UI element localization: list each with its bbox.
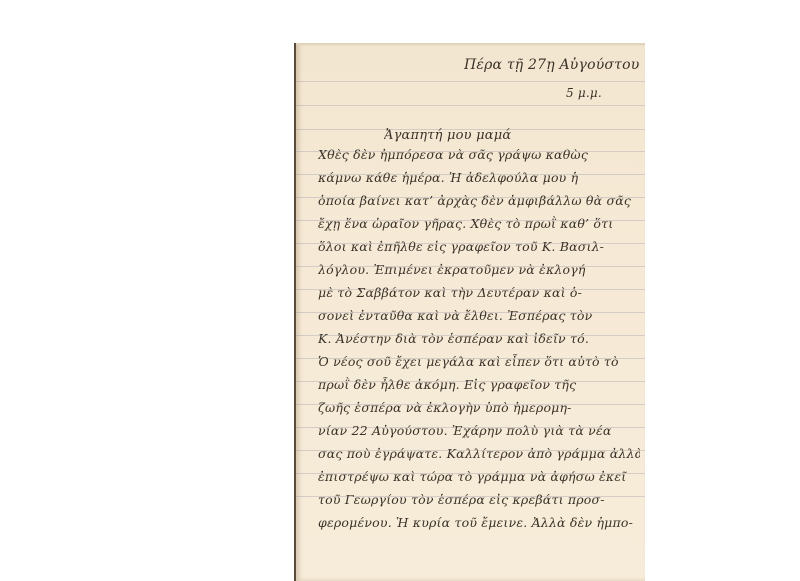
body-line: σονεὶ ἐνταῦθα καὶ νὰ ἔλθει. Ἐσπέρας τὸν: [318, 308, 640, 323]
body-line: ζωῆς ἑσπέρα νὰ ἐκλογὴν ὑπὸ ἡμερομη-: [318, 400, 640, 415]
body-line: Ὁ νέος σοῦ ἔχει μεγάλα καὶ εἶπεν ὅτι αὐτ…: [318, 354, 640, 369]
body-line: ἐπιστρέψω καὶ τώρα τὸ γράμμα νὰ ἀφήσω ἐκ…: [318, 469, 640, 484]
salutation: Ἀγαπητή μου μαμά: [384, 128, 511, 143]
ruled-line: [296, 81, 645, 82]
body-line: νίαν 22 Αὐγούστου. Ἐχάρην πολὺ γιὰ τὰ νέ…: [318, 423, 640, 438]
body-line: φερομένου. Ἡ κυρία τοῦ ἔμεινε. Ἀλλὰ δὲν …: [318, 515, 640, 530]
body-line: πρωῒ δὲν ἦλθε ἀκόμη. Εἰς γραφεῖον τῆς: [318, 377, 640, 392]
body-line: Χθὲς δὲν ἠμπόρεσα νὰ σᾶς γράψω καθὼς: [318, 147, 640, 162]
body-line: ὁποία βαίνει κατ’ ἀρχὰς δὲν ἀμφιβάλλω θὰ…: [318, 193, 640, 208]
body-line: μὲ τὸ Σαββάτον καὶ τὴν Δευτέραν καὶ ὁ-: [318, 285, 640, 300]
letter-page: Πέρα τῇ 27ῃ Αὐγούστου 5 μ.μ. Ἀγαπητή μου…: [294, 43, 645, 581]
body-line: τοῦ Γεωργίου τὸν ἑσπέρα εἰς κρεβάτι προσ…: [318, 492, 640, 507]
body-line: ἔχῃ ἕνα ὡραῖον γῆρας. Χθὲς τὸ πρωῒ καθ’ …: [318, 216, 640, 231]
ruled-line: [296, 105, 645, 106]
header-place-date: Πέρα τῇ 27ῃ Αὐγούστου: [464, 57, 639, 73]
paper-top-edge: [296, 43, 645, 45]
body-line: κάμνω κάθε ἡμέρα. Ἡ ἀδελφούλα μου ἡ: [318, 170, 640, 185]
body-line: σας ποὺ ἐγράψατε. Καλλίτερον ἀπὸ γράμμα …: [318, 446, 640, 461]
body-line: ὅλοι καὶ ἐπῆλθε εἰς γραφεῖον τοῦ Κ. Βασι…: [318, 239, 640, 254]
body-line: λόγλου. Ἐπιμένει ἐκρατοῦμεν νὰ ἐκλογή: [318, 262, 640, 277]
header-time: 5 μ.μ.: [566, 86, 602, 100]
body-line: Κ. Ἀνέστην διὰ τὸν ἑσπέραν καὶ ἰδεῖν τό.: [318, 331, 640, 346]
